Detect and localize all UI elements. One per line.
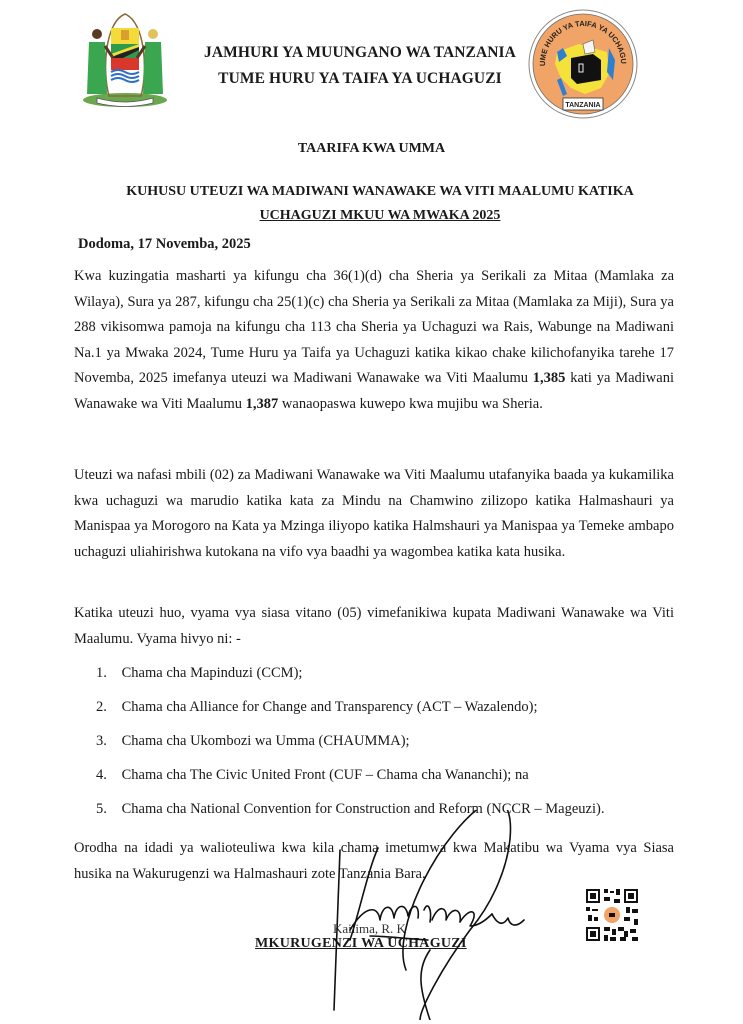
paragraph-3: Katika uteuzi huo, vyama vya siasa vitan… [74,601,674,652]
list-item: 1. Chama cha Mapinduzi (CCM); [96,656,604,690]
paragraph-2: Uteuzi wa nafasi mbili (02) za Madiwani … [74,463,674,565]
electoral-commission-seal-icon: TUME HURU YA TAIFA YA UCHAGUZI TANZANIA [527,8,639,120]
paragraph-1-text-c: wanaopaswa kuwepo kwa mujibu wa Sheria. [278,396,543,412]
list-number: 5. [96,792,118,826]
list-item: 5. Chama cha National Convention for Con… [96,792,604,826]
list-number: 1. [96,656,118,690]
document-page: JAMHURI YA MUUNGANO WA TANZANIA TUME HUR… [0,0,743,1024]
commission-name: TUME HURU YA TAIFA YA UCHAGUZI [180,66,540,92]
party-name: Chama cha Mapinduzi (CCM); [122,665,303,681]
list-number: 2. [96,690,118,724]
party-name: Chama cha Alliance for Change and Transp… [122,699,538,715]
required-count: 1,387 [246,396,279,412]
party-name: Chama cha Ukombozi wa Umma (CHAUMMA); [122,733,410,749]
paragraph-4: Orodha na idadi ya walioteuliwa kwa kila… [74,836,674,887]
list-item: 4. Chama cha The Civic United Front (CUF… [96,758,604,792]
party-list: 1. Chama cha Mapinduzi (CCM); 2. Chama c… [96,656,604,826]
qr-code-icon[interactable] [584,887,640,943]
country-name: JAMHURI YA MUUNGANO WA TANZANIA [180,40,540,66]
paragraph-1-text-a: Kwa kuzingatia masharti ya kifungu cha 3… [74,268,674,386]
party-name: Chama cha The Civic United Front (CUF – … [122,767,529,783]
subject-heading: KUHUSU UTEUZI WA MADIWANI WANAWAKE WA VI… [60,180,700,228]
list-item: 3. Chama cha Ukombozi wa Umma (CHAUMMA); [96,724,604,758]
list-number: 4. [96,758,118,792]
list-item: 2. Chama cha Alliance for Change and Tra… [96,690,604,724]
signer-title: MKURUGENZI WA UCHAGUZI [255,936,467,952]
list-number: 3. [96,724,118,758]
party-name: Chama cha National Convention for Constr… [122,801,605,817]
paragraph-1: Kwa kuzingatia masharti ya kifungu cha 3… [74,264,674,418]
appointed-count: 1,385 [533,370,566,386]
date-line: Dodoma, 17 Novemba, 2025 [78,236,251,253]
subject-line-1: KUHUSU UTEUZI WA MADIWANI WANAWAKE WA VI… [60,180,700,204]
announcement-heading: TAARIFA KWA UMMA [0,141,743,157]
svg-text:TANZANIA: TANZANIA [565,102,600,109]
coat-of-arms-icon [75,10,175,110]
subject-line-2: UCHAGUZI MKUU WA MWAKA 2025 [260,208,501,223]
signer-name: Kailima, R. K [333,921,406,937]
letterhead-titles: JAMHURI YA MUUNGANO WA TANZANIA TUME HUR… [180,40,540,92]
